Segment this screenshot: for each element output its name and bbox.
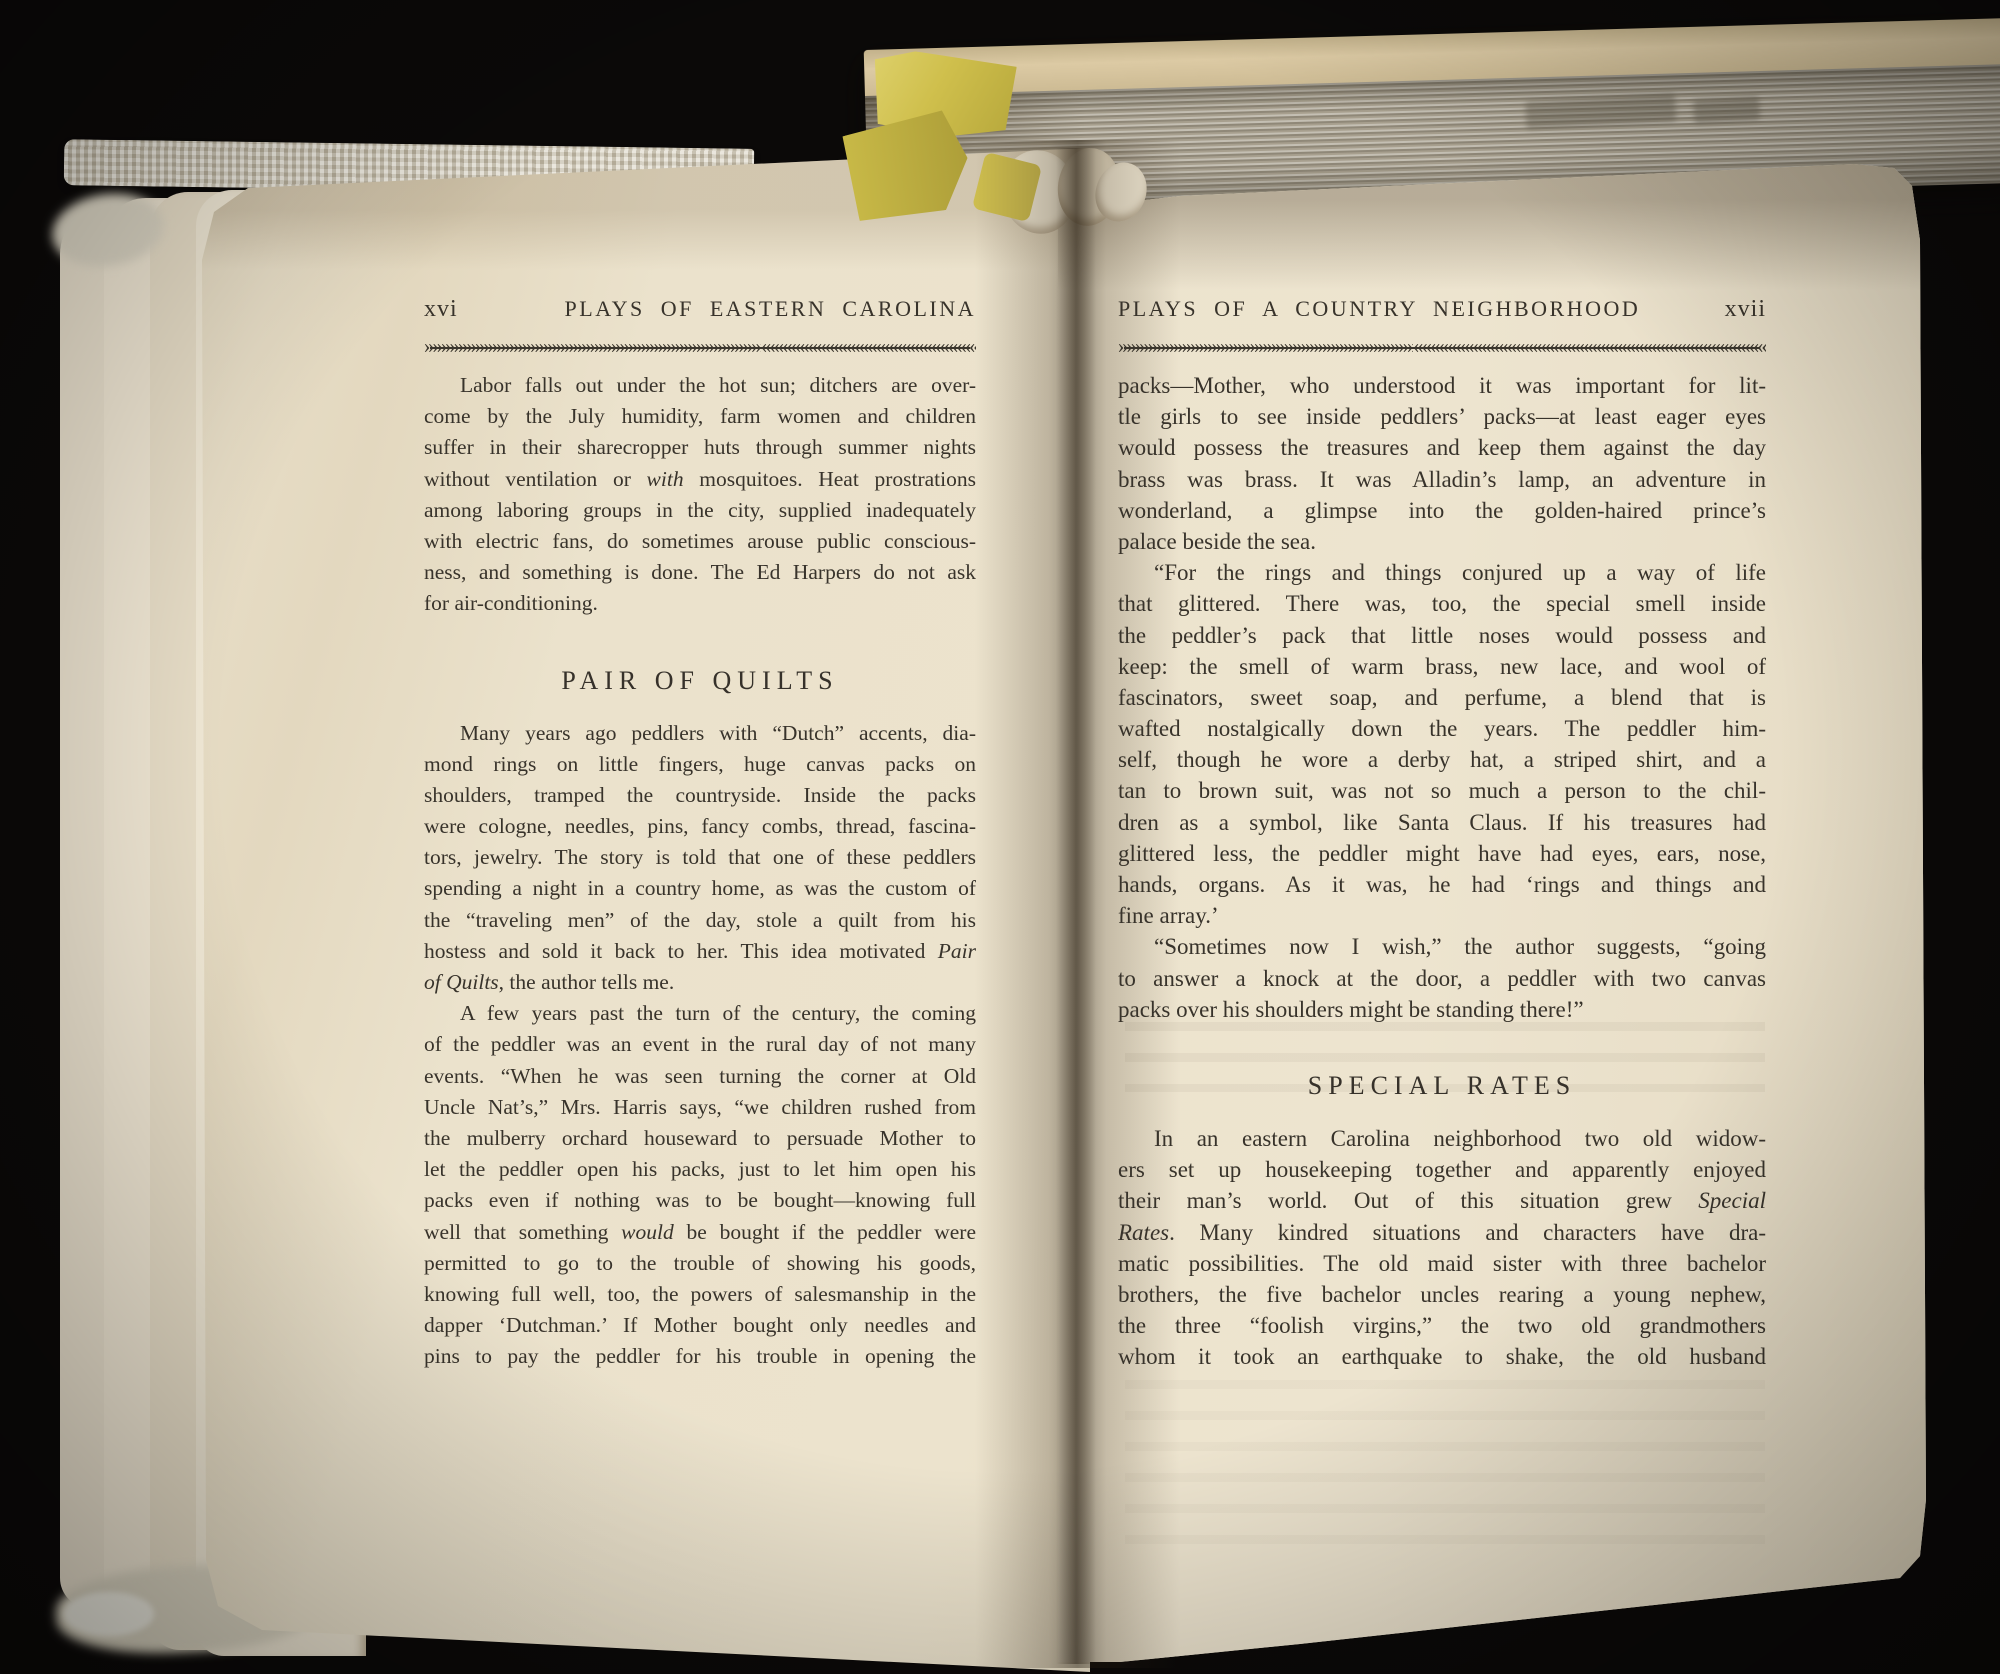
text-line: In an eastern Carolina neighborhood two … [1118, 1123, 1766, 1154]
text-line: permitted to go to the trouble of showin… [424, 1248, 976, 1279]
text-line: brothers, the five bachelor uncles reari… [1118, 1279, 1766, 1310]
text-line: self, though he wore a derby hat, a stri… [1118, 744, 1766, 775]
text-line: packs—Mother, who understood it was impo… [1118, 370, 1766, 401]
text-line: that glittered. There was, too, the spec… [1118, 588, 1766, 619]
text-line: with electric fans, do sometimes arouse … [424, 526, 976, 557]
text-line: Uncle Nat’s,” Mrs. Harris says, “we chil… [424, 1092, 976, 1123]
text-line: fascinators, sweet soap, and perfume, a … [1118, 682, 1766, 713]
right-running-header: PLAYS OF A COUNTRY NEIGHBORHOOD xvii [1118, 296, 1766, 330]
text-line: matic possibilities. The old maid sister… [1118, 1248, 1766, 1279]
text-line: let the peddler open his packs, just to … [424, 1154, 976, 1185]
section-heading: PAIR OF QUILTS [424, 666, 976, 696]
text-line: “Sometimes now I wish,” the author sugge… [1118, 931, 1766, 962]
text-line: wonderland, a glimpse into the golden-ha… [1118, 495, 1766, 526]
text-line: Labor falls out under the hot sun; ditch… [424, 370, 976, 401]
text-line: dren as a symbol, like Santa Claus. If h… [1118, 807, 1766, 838]
text-line: A few years past the turn of the century… [424, 998, 976, 1029]
text-line: suffer in their sharecropper huts throug… [424, 432, 976, 463]
text-line: for air-conditioning. [424, 588, 976, 619]
right-page-text: PLAYS OF A COUNTRY NEIGHBORHOOD xvii »»»… [1118, 296, 1766, 1372]
text-line: ers set up housekeeping together and app… [1118, 1154, 1766, 1185]
text-line: Many years ago peddlers with “Dutch” acc… [424, 718, 976, 749]
text-line: their man’s world. Out of this situation… [1118, 1185, 1766, 1216]
page-number: xvii [1725, 296, 1766, 323]
text-line: of Quilts, the author tells me. [424, 967, 976, 998]
text-line: come by the July humidity, farm women an… [424, 401, 976, 432]
text-line: to answer a knock at the door, a peddler… [1118, 963, 1766, 994]
text-line: fine array.’ [1118, 900, 1766, 931]
text-line: the mulberry orchard houseward to persua… [424, 1123, 976, 1154]
text-line: wafted nostalgically down the years. The… [1118, 713, 1766, 744]
text-line: shoulders, tramped the countryside. Insi… [424, 780, 976, 811]
ornament-arrows-left: ««««««««««««««««««««««««««««««««««««««««… [1413, 336, 1766, 358]
text-line: would possess the treasures and keep the… [1118, 432, 1766, 463]
text-line: “For the rings and things conjured up a … [1118, 557, 1766, 588]
right-page-body: packs—Mother, who understood it was impo… [1118, 370, 1766, 1372]
text-line: ness, and something is done. The Ed Harp… [424, 557, 976, 588]
text-line: pins to pay the peddler for his trouble … [424, 1341, 976, 1372]
text-line: among laboring groups in the city, suppl… [424, 495, 976, 526]
running-title: PLAYS OF EASTERN CAROLINA [565, 296, 976, 322]
left-page-text: xvi PLAYS OF EASTERN CAROLINA »»»»»»»»»»… [424, 296, 976, 1372]
text-line: the peddler’s pack that little noses wou… [1118, 620, 1766, 651]
text-line: hands, organs. As it was, he had ‘rings … [1118, 869, 1766, 900]
text-line: well that something would be bought if t… [424, 1217, 976, 1248]
book-photo: xvi PLAYS OF EASTERN CAROLINA »»»»»»»»»»… [0, 0, 2000, 1674]
text-line: tors, jewelry. The story is told that on… [424, 842, 976, 873]
ornament-arrows-right: »»»»»»»»»»»»»»»»»»»»»»»»»»»»»»»»»»»» [1118, 336, 1413, 358]
running-title: PLAYS OF A COUNTRY NEIGHBORHOOD [1118, 296, 1640, 322]
text-line: spending a night in a country home, as w… [424, 873, 976, 904]
left-page-body: Labor falls out under the hot sun; ditch… [424, 370, 976, 1372]
text-line: glittered less, the peddler might have h… [1118, 838, 1766, 869]
text-line: mond rings on little fingers, huge canva… [424, 749, 976, 780]
text-line: whom it took an earthquake to shake, the… [1118, 1341, 1766, 1372]
text-line: knowing full well, too, the powers of sa… [424, 1279, 976, 1310]
text-line: palace beside the sea. [1118, 526, 1766, 557]
text-line: packs even if nothing was to be bought—k… [424, 1185, 976, 1216]
left-running-header: xvi PLAYS OF EASTERN CAROLINA [424, 296, 976, 330]
text-line: Rates. Many kindred situations and chara… [1118, 1217, 1766, 1248]
text-line: brass was brass. It was Alladin’s lamp, … [1118, 464, 1766, 495]
text-line: the three “foolish virgins,” the two old… [1118, 1310, 1766, 1341]
text-line: the “traveling men” of the day, stole a … [424, 905, 976, 936]
text-line: tle girls to see inside peddlers’ packs—… [1118, 401, 1766, 432]
text-line: dapper ‘Dutchman.’ If Mother bought only… [424, 1310, 976, 1341]
text-line: keep: the smell of warm brass, new lace,… [1118, 651, 1766, 682]
text-line: without ventilation or with mosquitoes. … [424, 464, 976, 495]
text-line: of the peddler was an event in the rural… [424, 1029, 976, 1060]
header-ornament-rule: »»»»»»»»»»»»»»»»»»»»»»»»»»»»»»»»»»»»»»»»… [424, 336, 976, 358]
frayed-cloth-corner [64, 1592, 154, 1636]
ornament-arrows-left: «««««««««««««««««««««««««««««« [761, 336, 976, 358]
ornament-arrows-right: »»»»»»»»»»»»»»»»»»»»»»»»»»»»»»»»»»»»»»»» [424, 336, 761, 358]
text-line: tan to brown suit, was not so much a per… [1118, 775, 1766, 806]
text-line: events. “When he was seen turning the co… [424, 1061, 976, 1092]
text-line: packs over his shoulders might be standi… [1118, 994, 1766, 1025]
header-ornament-rule: »»»»»»»»»»»»»»»»»»»»»»»»»»»»»»»»»»»» «««… [1118, 336, 1766, 358]
section-heading: SPECIAL RATES [1118, 1071, 1766, 1101]
text-line: hostess and sold it back to her. This id… [424, 936, 976, 967]
page-number: xvi [424, 296, 458, 323]
text-line: were cologne, needles, pins, fancy combs… [424, 811, 976, 842]
